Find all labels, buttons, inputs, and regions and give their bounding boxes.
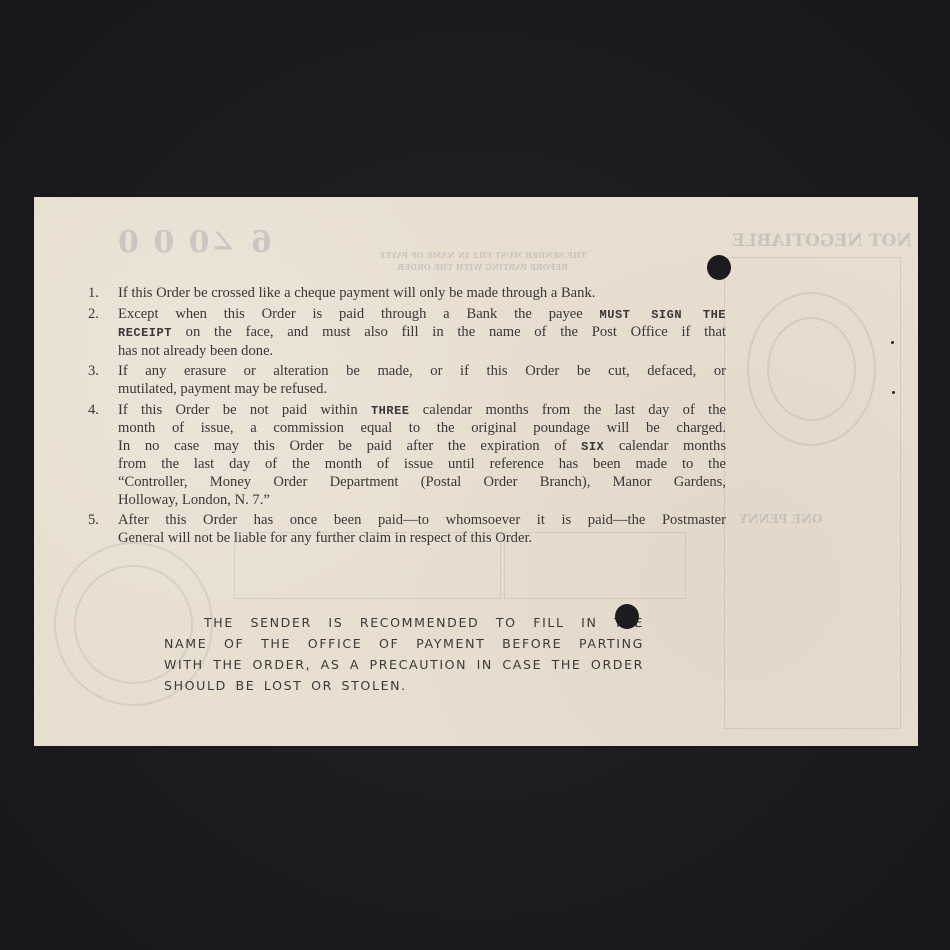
sender-notice-line: SHOULD BE LOST OR STOLEN. [164,675,644,696]
emphasis-text: RECEIPT [118,326,172,340]
condition-text: mutilated, payment may be refused. [118,381,327,397]
condition-line: has not already been done. [118,343,726,361]
show-through-denomination: ONE PENNY [739,512,822,526]
show-through-seal-inner [767,317,856,421]
condition-text: After this Order has once been paid—to w… [118,512,726,528]
condition-line: General will not be liable for any furth… [118,530,726,548]
condition-text: on the face, and must also fill in the n… [172,324,726,340]
condition-line: month of issue, a commission equal to th… [118,420,726,438]
condition-text: If this Order be crossed like a cheque p… [118,285,595,301]
punch-hole [707,255,731,280]
pin-hole [891,341,894,344]
condition-line: “Controller, Money Order Department (Pos… [118,474,726,492]
emphasis-text: THREE [371,404,410,418]
condition-line: mutilated, payment may be refused. [118,381,726,399]
sender-notice: THE SENDER IS RECOMMENDED TO FILL IN THE… [164,612,644,696]
condition-item: 4.If this Order be not paid within THREE… [88,402,726,510]
condition-line: After this Order has once been paid—to w… [118,512,726,530]
show-through-warning: THE SENDER MUST FILL IN NAME OF PAYEE BE… [379,249,587,273]
conditions-list: 1.If this Order be crossed like a cheque… [88,285,726,550]
condition-text: calendar months [604,438,726,454]
emphasis-text: SIX [581,440,604,454]
condition-number: 4. [88,402,99,420]
condition-line: from the last day of the month of issue … [118,456,726,474]
condition-text: In no case may this Order be paid after … [118,438,581,454]
condition-item: 3.If any erasure or alteration be made, … [88,363,726,398]
show-through-negotiable: NOT NEGOTIABLE [732,231,912,251]
condition-item: 2.Except when this Order is paid through… [88,306,726,361]
condition-line: Holloway, London, N. 7.” [118,492,726,510]
condition-text: Holloway, London, N. 7.” [118,492,270,508]
condition-text: If this Order be not paid within [118,402,371,418]
emphasis-text: MUST SIGN THE [600,308,726,322]
condition-text: month of issue, a commission equal to th… [118,420,726,436]
condition-text: from the last day of the month of issue … [118,456,726,472]
condition-item: 5.After this Order has once been paid—to… [88,512,726,547]
condition-line: If any erasure or alteration be made, or… [118,363,726,381]
condition-number: 3. [88,363,99,381]
condition-text: has not already been done. [118,343,273,359]
condition-text: General will not be liable for any furth… [118,530,532,546]
condition-text: “Controller, Money Order Department (Pos… [118,474,726,490]
sender-notice-line: NAME OF THE OFFICE OF PAYMENT BEFORE PAR… [164,633,644,654]
show-through-amount: 6 ∠0 0 0 [116,225,272,260]
show-through-seal [747,292,876,446]
show-through-counterfoil [724,257,901,729]
condition-line: RECEIPT on the face, and must also fill … [118,324,726,343]
pin-hole [892,391,895,394]
condition-number: 2. [88,306,99,324]
postal-order-reverse: 6 ∠0 0 0 THE SENDER MUST FILL IN NAME OF… [34,197,918,746]
condition-line: In no case may this Order be paid after … [118,438,726,457]
condition-text: Except when this Order is paid through a… [118,306,600,322]
show-through-warning-line-2: BEFORE PARTING WITH THE ORDER [398,262,569,272]
punch-hole [615,604,639,629]
sender-notice-line: THE SENDER IS RECOMMENDED TO FILL IN THE [164,612,644,633]
show-through-warning-line-1: THE SENDER MUST FILL IN NAME OF PAYEE [379,250,587,260]
condition-line: Except when this Order is paid through a… [118,306,726,325]
condition-line: If this Order be not paid within THREE c… [118,402,726,421]
condition-text: calendar months from the last day of the [409,402,726,418]
condition-text: If any erasure or alteration be made, or… [118,363,726,379]
condition-number: 1. [88,285,99,303]
condition-line: If this Order be crossed like a cheque p… [118,285,726,303]
condition-item: 1.If this Order be crossed like a cheque… [88,285,726,303]
sender-notice-line: WITH THE ORDER, AS A PRECAUTION IN CASE … [164,654,644,675]
condition-number: 5. [88,512,99,530]
